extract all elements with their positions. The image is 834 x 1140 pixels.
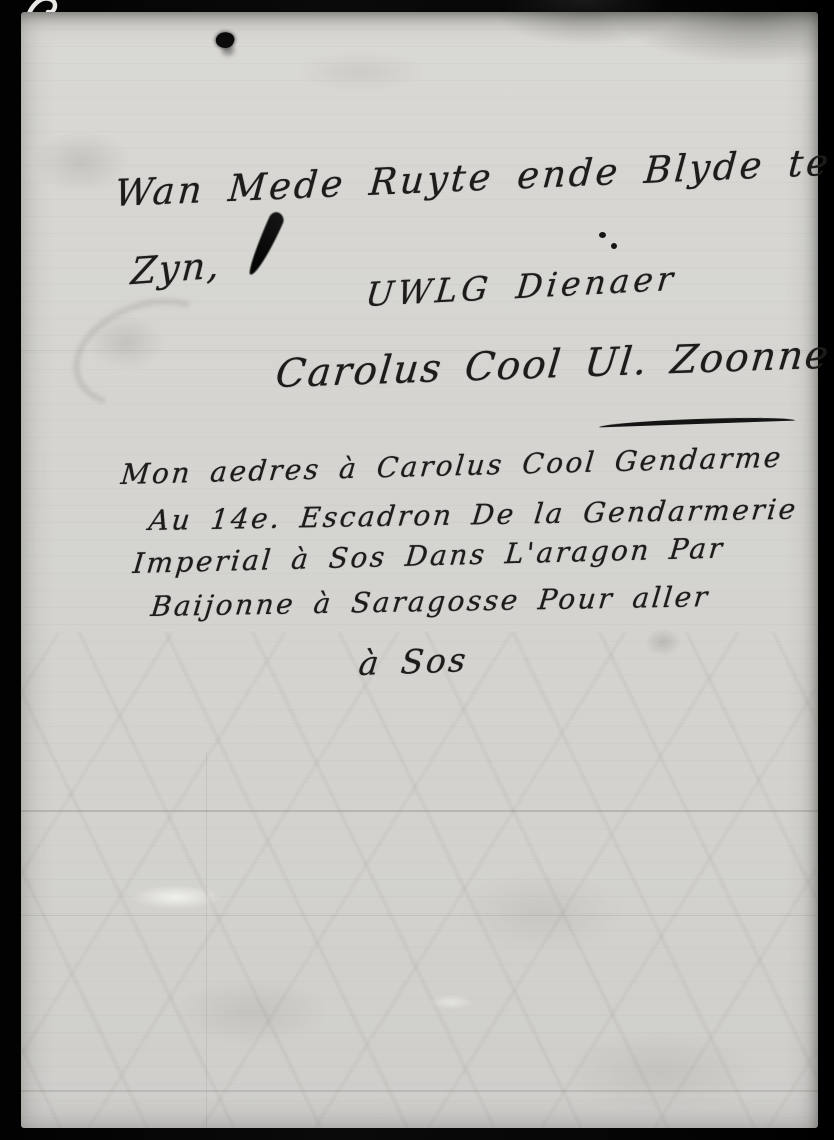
- closing-line-1: Wan Mede Ruyte ende Blyde te: [113, 141, 833, 215]
- valediction: UWLG Dienaer: [364, 259, 679, 315]
- closing-line-2: Zyn,: [129, 244, 222, 294]
- ink-dot: [611, 243, 617, 249]
- fold-line: [21, 810, 818, 812]
- address-line: Mon aedres à Carolus Cool Gendarme: [119, 441, 784, 491]
- address-line: Baijonne à Saragosse Pour aller: [149, 580, 711, 623]
- signature: Carolus Cool Ul. Zoonne: [274, 333, 833, 398]
- signature-flourish-underline: [599, 416, 795, 428]
- bleed-through-ghost-writing: [21, 632, 818, 1128]
- address-line: à Sos: [357, 640, 470, 683]
- ink-blot: [214, 30, 236, 51]
- fold-line: [21, 915, 818, 916]
- letter-page: Wan Mede Ruyte ende Blyde te Zyn, UWLG D…: [21, 12, 818, 1128]
- fold-line: [21, 1090, 818, 1092]
- scanned-photo-background: Wan Mede Ruyte ende Blyde te Zyn, UWLG D…: [0, 0, 834, 1140]
- ink-dot: [599, 232, 606, 238]
- heavy-ink-stroke: [245, 210, 286, 278]
- bleed-through-curve: [58, 279, 236, 427]
- address-line: Imperial à Sos Dans L'aragon Par: [131, 531, 726, 580]
- address-line: Au 14e. Escadron De la Gendarmerie: [147, 493, 799, 537]
- fold-line: [206, 752, 207, 1128]
